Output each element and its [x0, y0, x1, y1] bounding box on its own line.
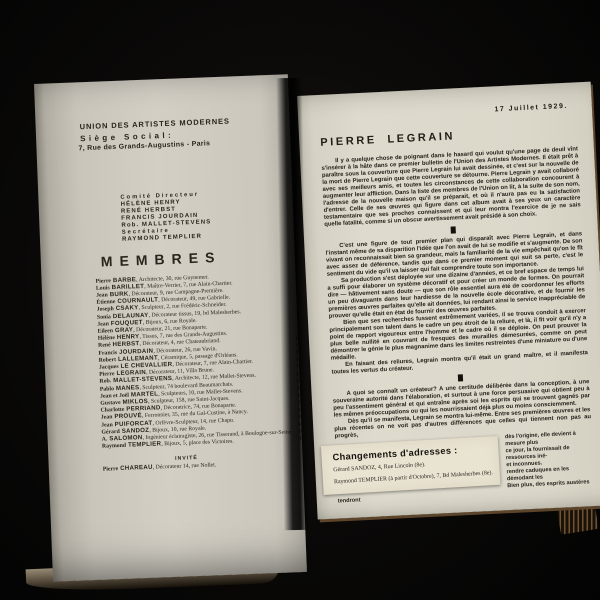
member-last-name: CHAREAU [120, 464, 153, 472]
left-page: UNION DES ARTISTES MODERNES Siège Social… [34, 74, 307, 581]
slip-region: Changements d'adresses : Gérard SANDOZ, … [335, 430, 595, 508]
member-first-name: Pierre [103, 466, 119, 473]
right-page: 17 Juillet 1929. PIERRE LEGRAIN Il y a q… [297, 82, 600, 520]
member-first-name: Pierre [96, 278, 112, 285]
member-first-name: Francis [98, 350, 117, 357]
members-list: PierreBARBE, Architecte, 30, rue Guyneme… [96, 270, 307, 450]
member-info: , Décorateur 14, rue Nollet. [153, 463, 217, 471]
left-page-content: UNION DES ARTISTES MODERNES Siège Social… [34, 74, 303, 475]
member-first-name: Rob. [99, 379, 111, 385]
member-first-name: Jean [101, 415, 113, 421]
member-first-name: Sonia [97, 314, 111, 321]
member-info: , Bijoux, 5, place des Victoires. [161, 439, 234, 448]
issue-date: 17 Juillet 1929. [319, 102, 576, 122]
member-first-name: Jean [96, 292, 108, 298]
member-first-name: Joseph [97, 306, 114, 313]
square-divider-icon [458, 374, 463, 381]
comite-directeur-block: Comité Directeur HÉLÈNE HENRY RENÉ HERBS… [120, 188, 286, 243]
member-first-name: A. [102, 436, 108, 442]
member-first-name: Louis [96, 285, 110, 292]
article-paragraph-1: Il y a quelque chose de poignant dans le… [321, 146, 581, 228]
member-first-name: Jean [97, 321, 109, 327]
member-first-name: Jean [101, 422, 113, 428]
address-change-slip: Changements d'adresses : Gérard SANDOZ, … [321, 436, 501, 495]
right-page-content: 17 Juillet 1929. PIERRE LEGRAIN Il y a q… [297, 82, 600, 510]
member-first-name: Pablo [100, 386, 114, 393]
membres-heading: MEMBRES [101, 246, 287, 269]
member-first-name: René [98, 343, 111, 349]
member-first-name: Eileen [97, 328, 113, 335]
member-first-name: Raymond [102, 443, 126, 450]
square-divider-icon [451, 226, 456, 233]
member-first-name: Étienne [96, 299, 115, 306]
member-first-name: Gustave [100, 400, 121, 407]
member-first-name: Robert [99, 357, 117, 364]
slip-entries: Gérard SANDOZ, 4, Rue Lincoln (8e). Raym… [333, 458, 494, 486]
invite-block: INVITÉ PierreCHAREAU, Décorateur 14, rue… [102, 451, 306, 473]
article-title: PIERRE LEGRAIN [320, 124, 577, 149]
member-last-name: TEMPLIER [128, 441, 161, 449]
